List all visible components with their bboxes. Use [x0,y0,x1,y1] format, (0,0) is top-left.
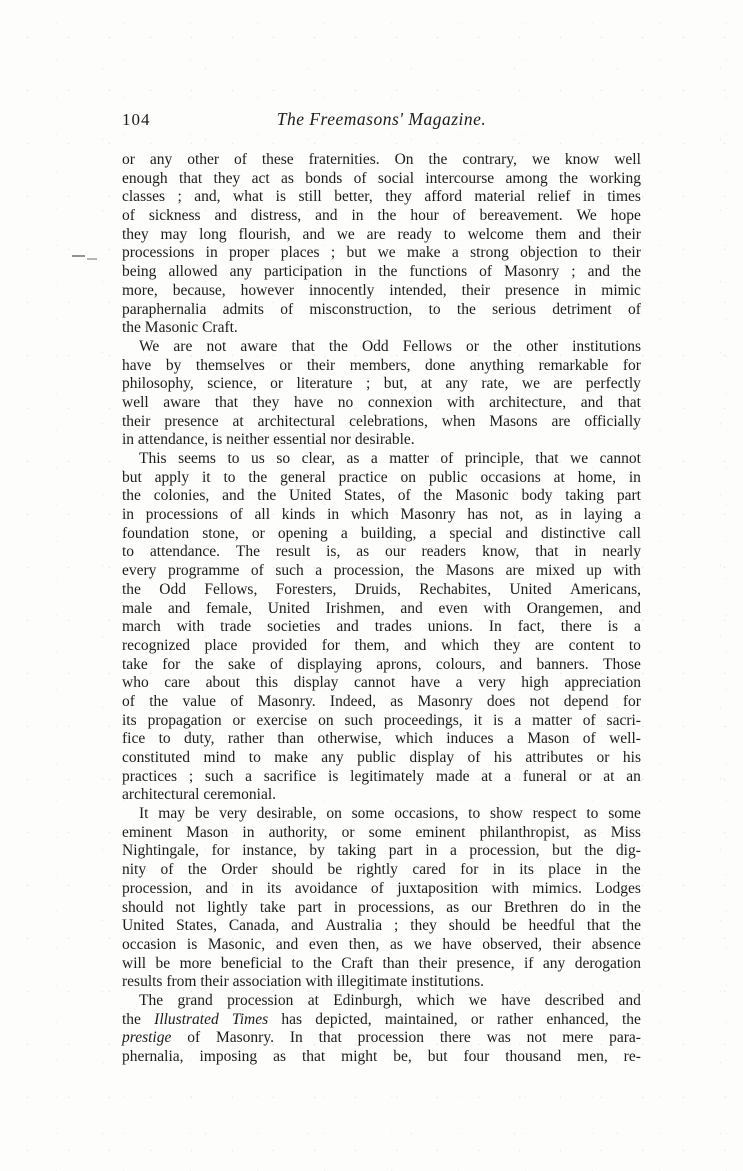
word: the [313,955,332,974]
text-line: thecolonies,andtheUnitedStates,oftheMaso… [122,487,641,506]
text-line: butapplyittothegeneralpracticeonpublicoc… [122,469,641,488]
word: some [352,805,385,824]
word: by [166,357,182,376]
word: take [122,656,148,675]
word: beneficial [221,955,282,974]
word: for [162,656,180,675]
word: Order [221,861,257,880]
word: and [336,618,358,637]
word: societies [267,618,320,637]
word: a [315,562,322,581]
word: and [588,263,610,282]
word: remarkable [539,357,609,376]
word: in [595,861,607,880]
word: distress, [251,207,301,226]
word: of [468,749,481,768]
word: in [425,842,437,861]
word: a [514,712,521,731]
word: intercourse [425,170,494,189]
word: an [626,768,641,787]
word: and [168,600,190,619]
word: stone, [202,525,239,544]
word: propagation [148,712,222,731]
word: more [180,955,212,974]
word: is [328,768,338,787]
word: taking [565,487,604,506]
word: might [341,1048,377,1067]
word: home, [578,469,616,488]
word: was [487,1029,511,1048]
word: or [233,712,246,731]
word: to [249,749,261,768]
word: absence [592,936,641,955]
word: as [390,936,403,955]
word: in [493,861,505,880]
word: the [122,581,141,600]
word: cannot [354,674,395,693]
word: prestige [122,1029,171,1048]
word: we [570,450,588,469]
word: female, [206,600,252,619]
word: with [613,562,641,581]
word: with [483,600,511,619]
word: as [584,824,597,843]
word: their [613,244,641,263]
word: the [257,487,276,506]
word: described [545,992,604,1011]
word: their [419,955,447,974]
word: are [173,338,192,357]
word: not [206,338,226,357]
word: of [230,506,243,525]
word: otherwise, [317,730,381,749]
word: because, [173,282,226,301]
word: the [559,170,578,189]
text-line: philosophy,science,orliterature;but,atan… [122,375,641,394]
word: dig- [616,842,641,861]
text-line: foundationstone,oropeningabuilding,aspec… [122,525,641,544]
word: act [252,170,270,189]
word: to [468,805,480,824]
word: architecture, [489,394,566,413]
word: mimics. [532,880,582,899]
word: that [587,917,610,936]
word: programme [168,562,239,581]
word: processions [122,244,194,263]
word: being [122,263,156,282]
word: them, [355,637,390,656]
word: instance, [242,842,297,861]
word: Druids, [355,581,401,600]
word: men, [577,1048,608,1067]
word: proper [229,244,269,263]
word: and, [194,188,220,207]
word: desirable, [257,805,317,824]
word: every [122,562,156,581]
word: a [634,506,641,525]
word: care [164,674,190,693]
word: content [569,637,615,656]
word: the [122,1011,141,1030]
word: or [597,749,610,768]
word: should [272,861,313,880]
word: intended, [389,282,446,301]
word: the [622,1011,641,1030]
word: done [425,357,455,376]
word: strong [470,244,509,263]
word: of [628,301,641,320]
word: all [255,506,271,525]
word: than [277,730,304,749]
word: Edinburgh, [333,992,402,1011]
word: such [345,712,373,731]
word: contrary, [462,151,517,170]
text-line: enoughthattheyactasbondsofsocialintercou… [122,170,641,189]
word: is, [326,543,340,562]
text-line: shouldnotlightlytakepartinprocessions,as… [122,899,641,918]
word: of [398,487,411,506]
word: sacri- [607,712,641,731]
word: derogation [575,955,641,974]
word: or [466,338,479,357]
word: a [450,842,457,861]
word: of [583,712,596,731]
text-line: constitutedmindtomakeanypublicdisplayofh… [122,749,641,768]
word: in [574,543,586,562]
word: places [281,244,320,263]
word: by [309,842,325,861]
word: the [428,151,447,170]
word: that [215,394,238,413]
word: members, [350,357,411,376]
word: his [494,749,512,768]
word: rather [497,1011,533,1030]
word: innocently [309,282,374,301]
word: observed, [482,936,542,955]
word: social [378,170,414,189]
word: and [222,487,244,506]
word: mind [203,749,235,768]
word: that [179,170,202,189]
word: the [377,207,396,226]
word: or [122,151,135,170]
word: to [629,637,641,656]
word: body [521,487,552,506]
word: admits [223,301,264,320]
word: banners. [537,656,589,675]
word: proceedings, [384,712,463,731]
word: among [506,170,548,189]
word: Brethren [504,899,558,918]
word: in [334,899,346,918]
word: they [385,188,412,207]
word: allowed [168,263,217,282]
word: provided [252,637,307,656]
word: nity [122,861,146,880]
word: the [378,263,397,282]
word: in [574,282,586,301]
word: Nightingale, [122,842,199,861]
word: Fellows, [204,581,257,600]
word: serious [492,301,536,320]
word: in [122,506,134,525]
word: at [603,768,614,787]
word: have [501,992,530,1011]
word: of [161,861,174,880]
word: presence, [456,955,514,974]
word: ready [397,226,431,245]
word: principle, [465,450,524,469]
word: ; [178,188,182,207]
word: matter [389,450,429,469]
word: grand [177,992,212,1011]
text-line: theOddFellows,Foresters,Druids,Rechabite… [122,581,641,600]
word: building, [361,525,417,544]
word: United [122,917,164,936]
word: themselves [196,357,265,376]
word: have [411,674,440,693]
word: as [446,899,459,918]
margin-smudge-artifact [72,253,102,261]
word: authority, [269,824,328,843]
word: call [619,525,641,544]
word: cared [412,861,446,880]
word: presence [164,413,218,432]
word: apply [155,469,189,488]
word: architectural [258,413,335,432]
text-line: recognizedplaceprovidedforthem,andwhicht… [122,637,641,656]
word: depicted, [315,1011,371,1030]
text-line: ofsicknessanddistress,andinthehourofbere… [122,207,641,226]
word: with [177,618,205,637]
word: such [205,768,233,787]
word: place [205,637,238,656]
word: not [530,693,550,712]
word: that [292,338,315,357]
word: Fellows [403,338,452,357]
word: the [248,469,267,488]
text-line: havebythemselvesortheirmembers,doneanyth… [122,357,641,376]
word: of [354,170,367,189]
word: some [608,805,641,824]
word: about [206,674,240,693]
word: and [619,600,641,619]
word: them [535,226,566,245]
word: processions [146,506,218,525]
word: Masonry [401,506,456,525]
word: and [302,226,324,245]
word: is [608,618,618,637]
word: show [490,805,523,824]
word: our [471,899,492,918]
word: should [449,917,490,936]
word: Lodges [595,880,641,899]
word: long [199,226,227,245]
word: to [159,730,171,749]
word: rather [228,730,264,749]
word: fact, [518,618,545,637]
word: that [319,1029,342,1048]
word: the [415,562,434,581]
word: On [395,151,414,170]
word: the [457,301,476,320]
word: display [294,674,339,693]
text-line: WearenotawarethattheOddFellowsortheother… [122,338,641,357]
text-line: theirpresenceatarchitecturalcelebrations… [122,413,641,432]
word: will [122,955,146,974]
word: Foresters, [276,581,337,600]
word: but, [384,375,408,394]
word: for [322,637,340,656]
word: that [618,394,641,413]
word: these [262,151,294,170]
word: funeral [523,768,567,787]
word: any [445,375,467,394]
word: officially [584,413,641,432]
word: are [535,637,554,656]
text-line: Itmaybeverydesirable,onsomeoccasions,tos… [122,805,641,824]
word: and [400,600,422,619]
word: juxtaposition [397,880,478,899]
word: Those [603,656,641,675]
word: of [234,151,247,170]
word: procession [358,1029,424,1048]
word: the [329,338,348,357]
word: march [122,618,161,637]
word: should [122,899,163,918]
word: to [444,226,456,245]
word: welcome [468,226,524,245]
word: even [309,936,338,955]
word: and [404,637,426,656]
word: thousand [505,1048,561,1067]
word: sickness [149,207,201,226]
word: fraternities. [309,151,380,170]
word: there [561,618,592,637]
word: there [440,1029,471,1048]
word: as [390,693,403,712]
word: does [487,693,515,712]
word: so [276,450,290,469]
word: times [607,188,641,207]
word: science, [207,375,256,394]
word: Rechabites, [419,581,491,600]
text-line: theymaylongflourish,andwearereadytowelco… [122,226,641,245]
word: classes [122,188,165,207]
word: Masonry. [258,693,316,712]
word: on [318,712,334,731]
word: display [409,749,454,768]
word: and [214,207,236,226]
word: respect [533,805,577,824]
word: aware [240,338,277,357]
word: mere [562,1029,593,1048]
text-line: inprocessionsofallkindsinwhichMasonryhas… [122,506,641,525]
word: for [623,693,641,712]
word: on [326,805,342,824]
word: it [474,712,483,731]
word: In [290,1029,303,1048]
word: at [308,992,319,1011]
text-line: ThegrandprocessionatEdinburgh,whichwehav… [122,992,641,1011]
word: functions [409,263,467,282]
text-line: oranyotherofthesefraternities.Onthecontr… [122,151,641,170]
word: or [252,525,265,544]
word: duty, [184,730,214,749]
word: a [456,674,463,693]
word: that [535,543,558,562]
word: to [227,450,239,469]
word: Odd [159,581,186,600]
word: participation [264,263,342,282]
word: This [139,450,167,469]
word: Australia [325,917,382,936]
word: institutions [572,338,641,357]
word: Irishmen, [326,600,385,619]
word: cannot [600,450,641,469]
word: misconstruction, [309,301,412,320]
word: of [440,450,453,469]
word: anything [470,357,524,376]
word: part [389,842,413,861]
word: they [494,637,521,656]
word: better, [334,188,373,207]
word: ; [331,244,335,263]
word: to [429,301,441,320]
word: Masons [446,562,494,581]
word: is [187,936,197,955]
word: heedful [529,917,575,936]
word: well [614,151,641,170]
word: hour [410,207,438,226]
word: in [560,506,572,525]
word: for [460,861,478,880]
word: but [346,244,366,263]
word: the [122,487,141,506]
word: In [489,618,502,637]
text-line: eminentMasoninauthority,orsomeeminentphi… [122,824,641,843]
word: a [504,768,511,787]
word: more, [122,282,158,301]
word: has [467,506,488,525]
word: their [553,936,581,955]
word: than [383,955,410,974]
word: the [622,917,641,936]
word: readers [421,543,466,562]
word: of [479,263,492,282]
word: imposing [199,1048,257,1067]
word: a [634,618,641,637]
word: bereavement. [480,207,563,226]
text-line: theIllustratedTimeshasdepicted,maintaine… [122,1011,641,1030]
word: do [570,899,586,918]
word: bonds [305,170,342,189]
word: the [622,861,641,880]
word: attendance. [150,543,220,562]
word: we [414,936,432,955]
word: be, [393,1048,412,1067]
word: Odd [362,338,389,357]
word: to [589,244,601,263]
word: still [298,188,321,207]
text-line: in attendance, is neither essential nor … [122,431,641,450]
word: of [187,1029,200,1048]
word: made [436,768,470,787]
word: have [122,357,151,376]
word: in [327,506,339,525]
word: but [428,1048,448,1067]
text-line: processionsinproperplaces;butwemakeastro… [122,244,641,263]
